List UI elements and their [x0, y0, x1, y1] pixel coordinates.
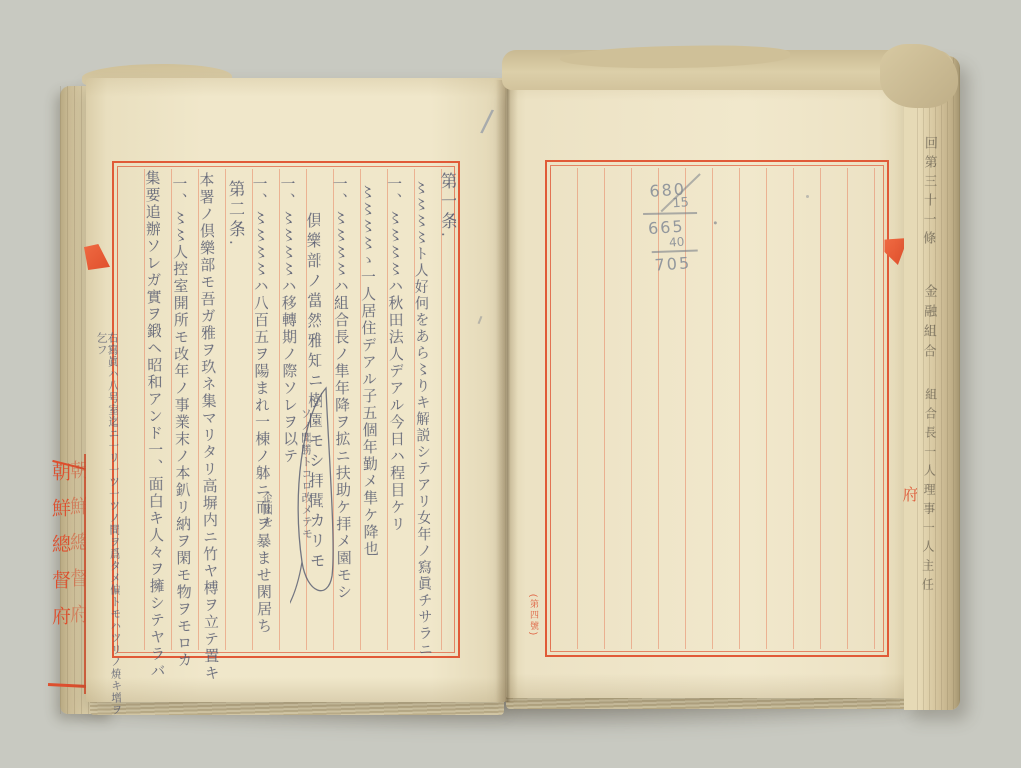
- pencil-speck-right: [806, 195, 809, 198]
- handwriting-column-3: 一、〻〻〻〻ハ秋田法人デアル今日ハ程目ケリ: [381, 176, 405, 538]
- pencil-number-40: 40: [669, 232, 728, 250]
- form-number-label: (第四號): [528, 594, 541, 637]
- fore-edge-title-lower: 組合長一人理事一人主任: [921, 388, 937, 597]
- pencil-calculation: 680 15 665 40 705: [627, 177, 729, 276]
- margin-note-column: 右寫眞ハ八号室迄ニ一リ一ツ一ツノ間ヲ爲タメ偏トモハツリノ焼キ增ヲ乞フ: [97, 332, 121, 716]
- insertion-note: ソノ聞勝トコロ改メテモ: [290, 408, 312, 558]
- handwriting-column-4: 〻〻〻〻ゝ一人居住デアル子五個年勤メ隼ケ降也: [354, 184, 378, 566]
- pencil-rule-line-1: [643, 212, 697, 215]
- pencil-number-15: 15: [672, 193, 725, 212]
- fore-edge-title-upper: 回第三十一條: [922, 136, 937, 250]
- left-margin-red-rule-bottom: [48, 683, 88, 688]
- handwriting-column-1: 第一条.: [436, 172, 457, 258]
- left-margin-stamp: 朝鮮總督府: [50, 462, 69, 642]
- handwriting-column-9: 第二条.: [224, 180, 245, 266]
- right-fore-edge-stack: 朝鮮總督府 回第三十一條 金融組合 組合長一人理事一人主任: [904, 56, 960, 710]
- circled-note: 企図を: [252, 492, 273, 544]
- left-margin-stamp-ghost: 朝鮮總督府: [68, 460, 87, 640]
- photo-stage: 朝鮮總督府 朝鮮總督府 第一条. 〻〻〻〻ト人好何をあら〻りキ解説シテアリ女年ノ…: [0, 0, 1021, 768]
- fore-edge-title-middle: 金融組合: [922, 284, 936, 364]
- book-gutter-crease: [496, 80, 518, 702]
